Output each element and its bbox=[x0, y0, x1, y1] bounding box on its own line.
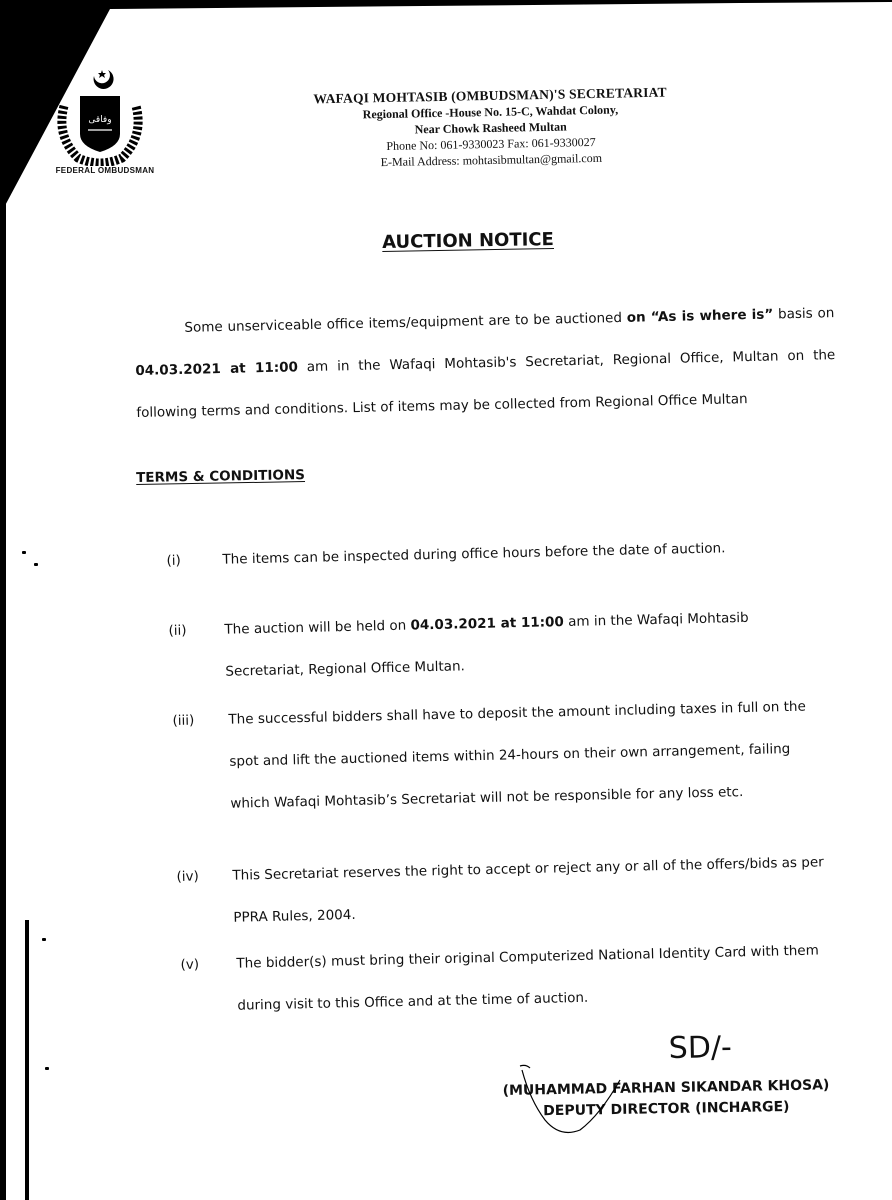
term-text: The successful bidders shall have to dep… bbox=[228, 685, 831, 825]
term-number: (iii) bbox=[172, 699, 223, 742]
letterhead: WAFAQI MOHTASIB (OMBUDSMAN)'S SECRETARIA… bbox=[280, 84, 701, 172]
term-number: (iv) bbox=[176, 855, 227, 898]
handwritten-signature-icon bbox=[500, 1060, 700, 1150]
emblem-label: FEDERAL OMBUDSMAN bbox=[40, 166, 170, 175]
term-date-time: 04.03.2021 at 11:00 bbox=[410, 614, 564, 633]
scan-edge-left-inner bbox=[25, 920, 29, 1200]
scan-speck bbox=[34, 563, 38, 566]
terms-heading: TERMS & CONDITIONS bbox=[136, 467, 305, 486]
intro-basis: on “As is where is” bbox=[627, 307, 774, 326]
intro-text-3: am in the Wafaqi Mohtasib's Secretariat,… bbox=[136, 347, 835, 421]
scan-speck bbox=[22, 551, 26, 554]
scan-speck bbox=[45, 1067, 49, 1070]
scan-edge-left bbox=[0, 180, 6, 1200]
page-title: AUCTION NOTICE bbox=[382, 229, 554, 253]
term-number: (v) bbox=[180, 943, 231, 986]
term-text: The items can be inspected during office… bbox=[222, 525, 823, 581]
scan-speck bbox=[42, 938, 46, 941]
term-text-before: The auction will be held on bbox=[224, 618, 410, 638]
term-number: (ii) bbox=[168, 609, 219, 652]
intro-paragraph: Some unserviceable office items/equipmen… bbox=[134, 292, 837, 434]
term-text: The auction will be held on 04.03.2021 a… bbox=[224, 595, 826, 693]
term-number: (i) bbox=[166, 539, 217, 582]
federal-ombudsman-emblem-icon: وفاقی bbox=[50, 66, 150, 166]
intro-text-2: basis on bbox=[773, 305, 834, 322]
term-text: The bidder(s) must bring their original … bbox=[236, 929, 838, 1027]
term-text: This Secretariat reserves the right to a… bbox=[232, 841, 834, 939]
svg-text:وفاقی: وفاقی bbox=[88, 115, 111, 125]
intro-text-1: Some unserviceable office items/equipmen… bbox=[134, 310, 627, 337]
intro-date-time: 04.03.2021 at 11:00 bbox=[135, 359, 298, 379]
